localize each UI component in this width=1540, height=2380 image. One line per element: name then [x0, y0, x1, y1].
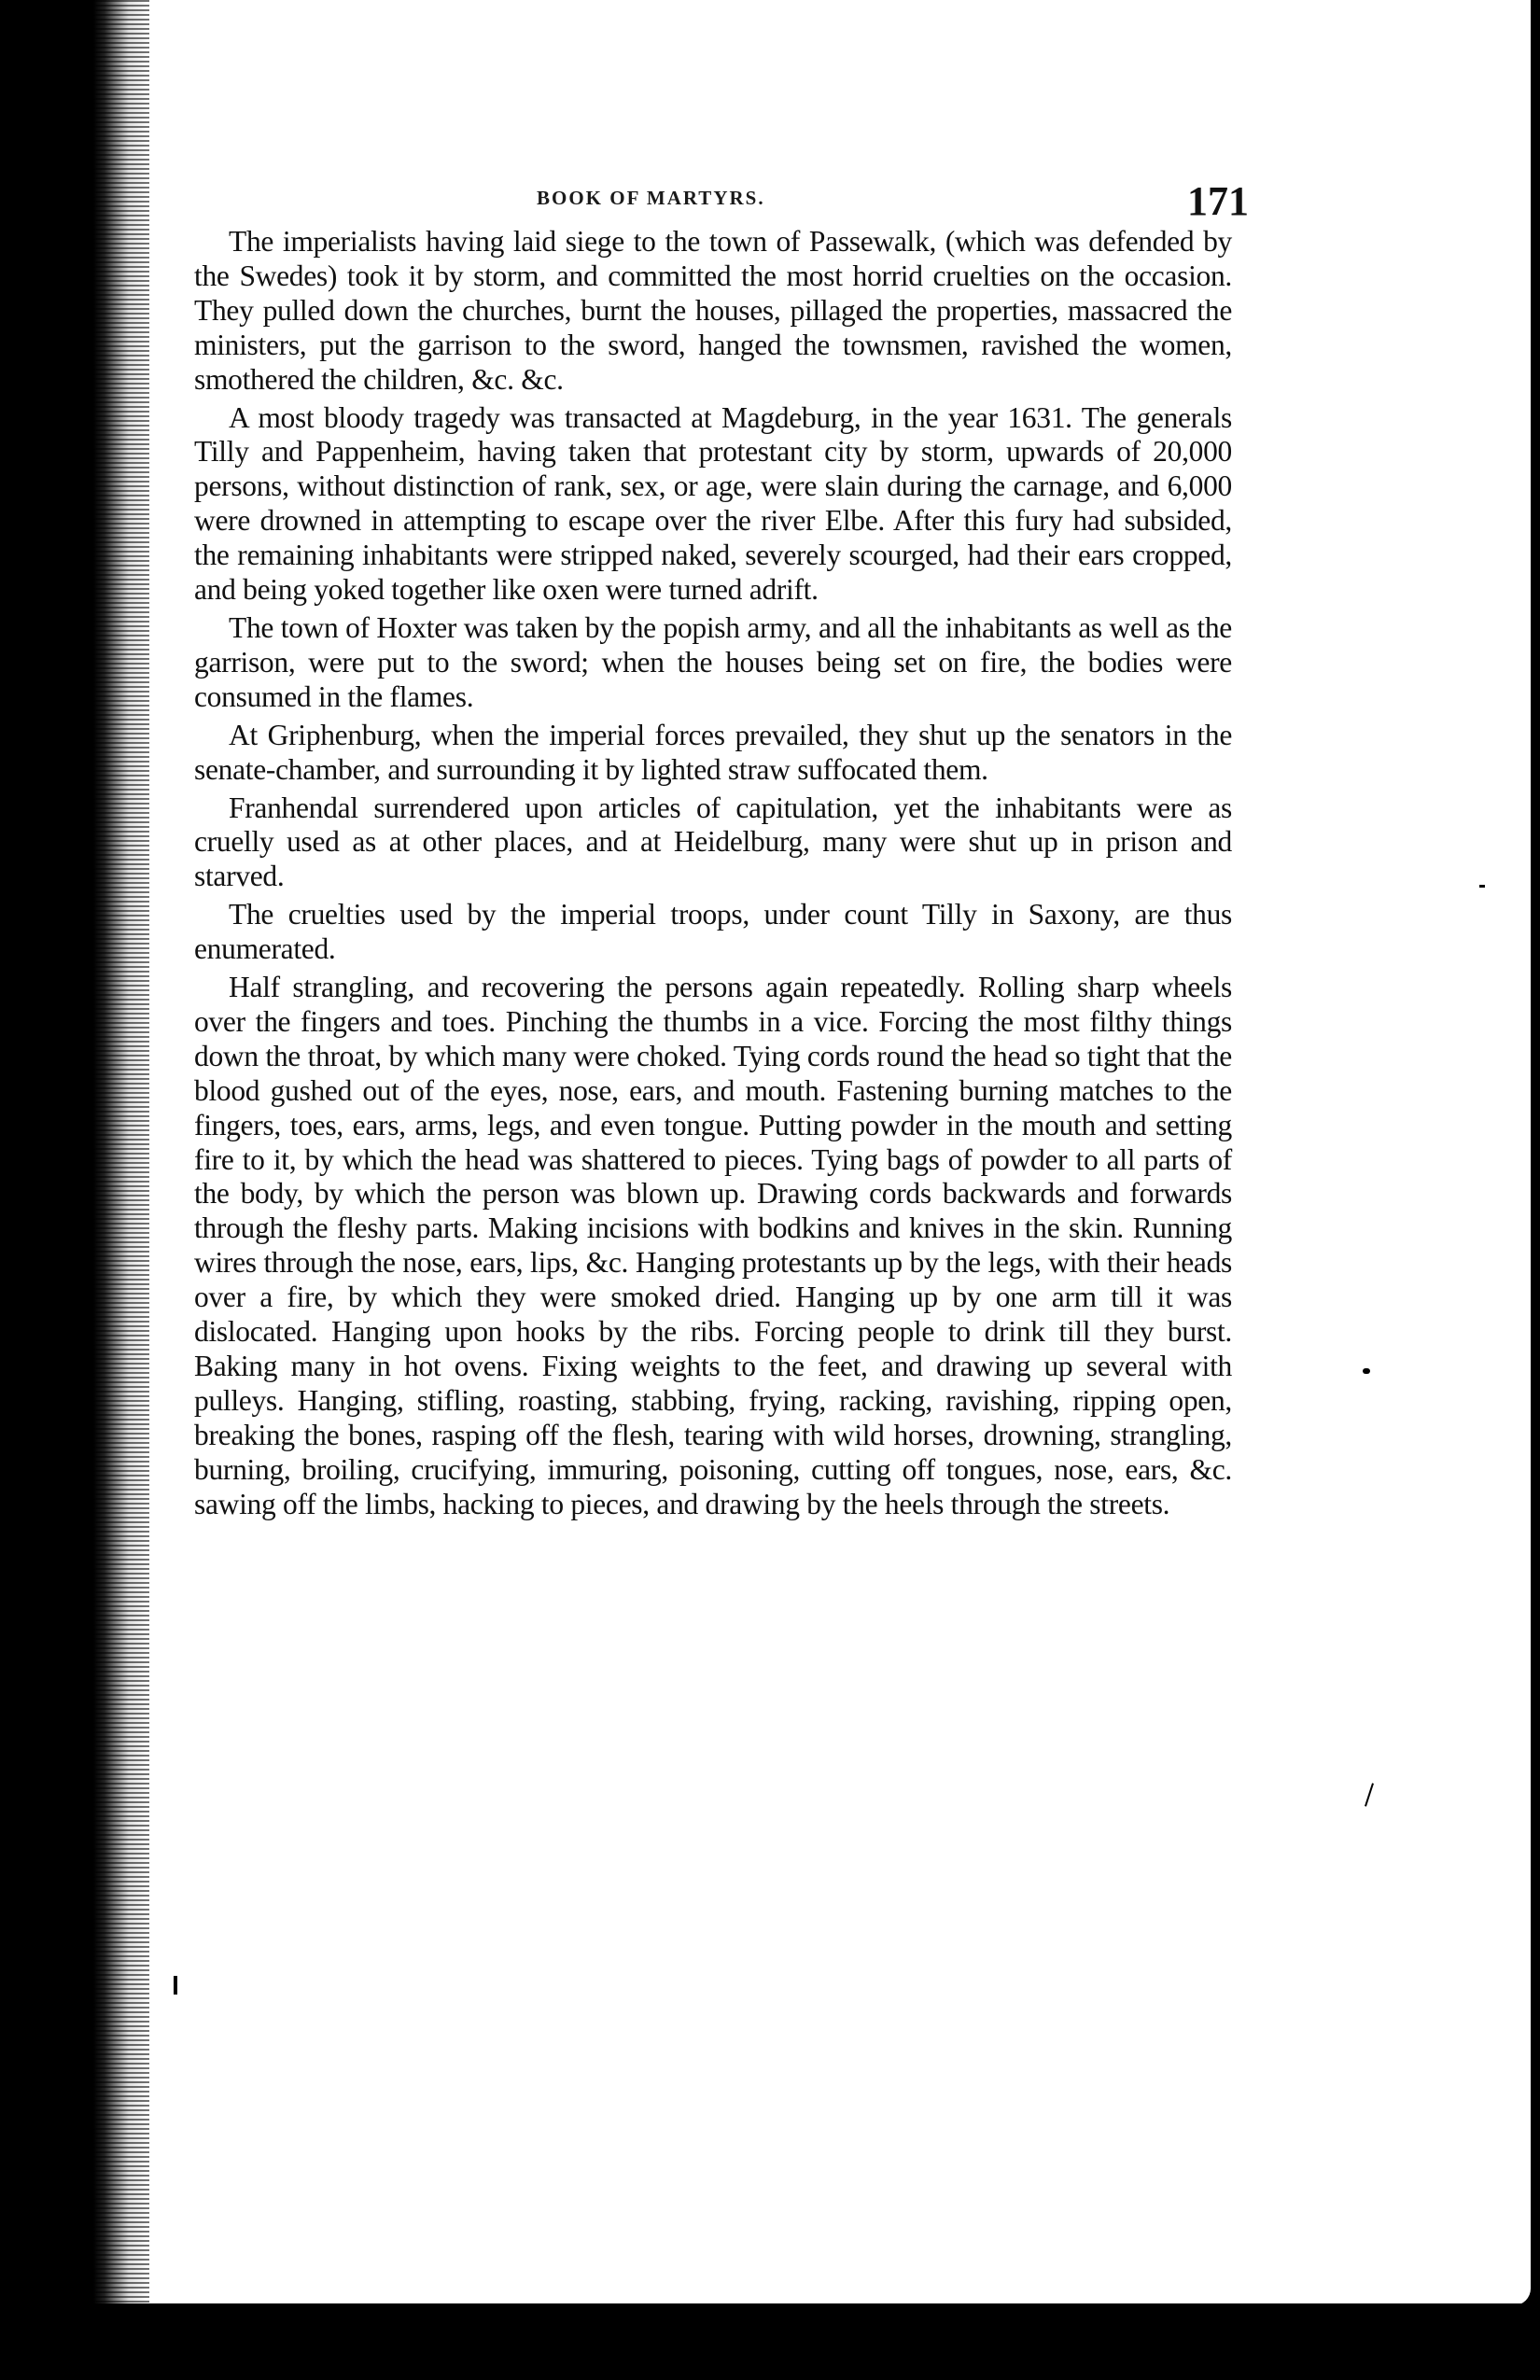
scan-speck	[1531, 0, 1536, 187]
paragraph-griphenburg: At Griphenburg, when the imperial forces…	[194, 719, 1232, 788]
scan-border-bottom	[0, 2303, 1540, 2380]
paragraph-magdeburg: A most bloody tragedy was transacted at …	[194, 401, 1232, 608]
scan-speck	[1363, 1368, 1370, 1374]
paragraph-saxony-intro: The cruelties used by the imperial troop…	[194, 898, 1232, 967]
paragraph-franhendal: Franhendal surrendered upon articles of …	[194, 791, 1232, 895]
paragraph-cruelties-list: Half strangling, and recovering the pers…	[194, 971, 1232, 1522]
running-head: BOOK OF MARTYRS.	[537, 187, 765, 210]
body-text: The imperialists having laid siege to th…	[194, 225, 1232, 1526]
paragraph-passewalk: The imperialists having laid siege to th…	[194, 225, 1232, 398]
page-number: 171	[1187, 177, 1249, 225]
scan-speck	[1479, 885, 1485, 888]
binding-gutter-shadow	[93, 0, 149, 2305]
paragraph-hoxter: The town of Hoxter was taken by the popi…	[194, 611, 1232, 715]
scan-border-right	[1531, 0, 1540, 2305]
scan-speck	[174, 1976, 177, 1995]
